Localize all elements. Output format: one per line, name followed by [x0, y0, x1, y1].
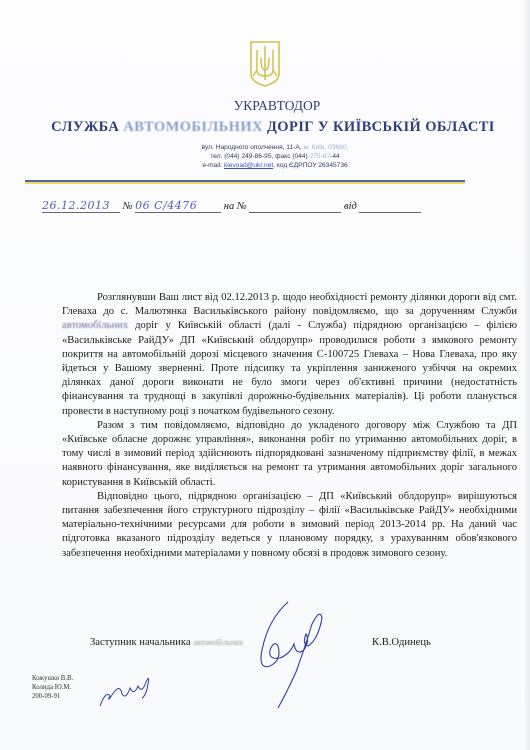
executor-block: Кожушко В.В. Колида Ю.М. 200-09-91	[32, 674, 73, 701]
phone-fax: тел. (044) 249-86-95, факс (044)	[210, 153, 307, 160]
executor-phone: 200-09-91	[32, 692, 73, 701]
executor-name-2: Колида Ю.М.	[32, 683, 73, 692]
executor-name-1: Кожушко В.В.	[32, 674, 73, 683]
reply-number-field	[249, 201, 341, 213]
position-redacted: автомобільних	[193, 638, 243, 647]
paragraph-1-text-a: Розглянувши Ваш лист від 02.12.2013 р. щ…	[62, 292, 517, 317]
registration-line: 26.12.2013 № 06 С/4476 на № від	[42, 199, 421, 213]
position-title: Заступник начальника	[90, 637, 191, 648]
trident-emblem-icon	[249, 40, 281, 88]
agency-name: УКРАВТОДОР	[12, 98, 530, 114]
from-date-field	[359, 201, 421, 213]
letterhead-address: вул. Народного ополчення, 11-А, м. Київ,…	[180, 143, 370, 170]
letterhead-rule-yellow	[25, 182, 465, 184]
fax-redacted: 275-87	[310, 153, 331, 160]
service-name: СЛУЖБА АВТОМОБІЛЬНИХ ДОРІГ У КИЇВСЬКІЙ О…	[8, 119, 530, 136]
number-label: №	[123, 201, 133, 212]
registration-date: 26.12.2013	[42, 199, 120, 213]
fax-suffix: -44	[330, 153, 340, 160]
redacted-word: автомобільних	[62, 320, 128, 331]
signatory-name: К.В.Одинець	[372, 637, 431, 648]
email-link[interactable]: kievoad@ukr.net	[224, 162, 273, 169]
handwritten-initials-icon	[96, 670, 156, 710]
city-postcode: м. Київ, 03680,	[303, 144, 348, 151]
service-name-suffix: ДОРІГ У КИЇВСЬКІЙ ОБЛАСТІ	[267, 119, 495, 135]
street-address: вул. Народного ополчення, 11-А,	[202, 144, 302, 151]
paragraph-2: Разом з тим повідомляємо, відповідно до …	[62, 419, 517, 490]
service-name-redacted: АВТОМОБІЛЬНИХ	[123, 119, 263, 135]
letter-body: Розглянувши Ваш лист від 02.12.2013 р. щ…	[62, 291, 517, 561]
paragraph-3: Відповідно цього, підрядною організацією…	[62, 490, 517, 561]
registration-number: 06 С/4476	[135, 199, 221, 213]
service-name-prefix: СЛУЖБА	[51, 119, 119, 135]
paragraph-1: Розглянувши Ваш лист від 02.12.2013 р. щ…	[62, 291, 517, 419]
signatory-position: Заступник начальника автомобільних	[90, 637, 243, 648]
edrpou-code: , код ЄДРПОУ 26345736	[273, 162, 348, 169]
from-label: від	[344, 201, 357, 212]
email-label: e-mail:	[202, 162, 222, 169]
reply-number-label: на №	[224, 201, 247, 212]
paragraph-1-text-b: доріг у Київській області (далі - Служба…	[62, 320, 517, 416]
handwritten-signature-icon	[248, 600, 328, 710]
